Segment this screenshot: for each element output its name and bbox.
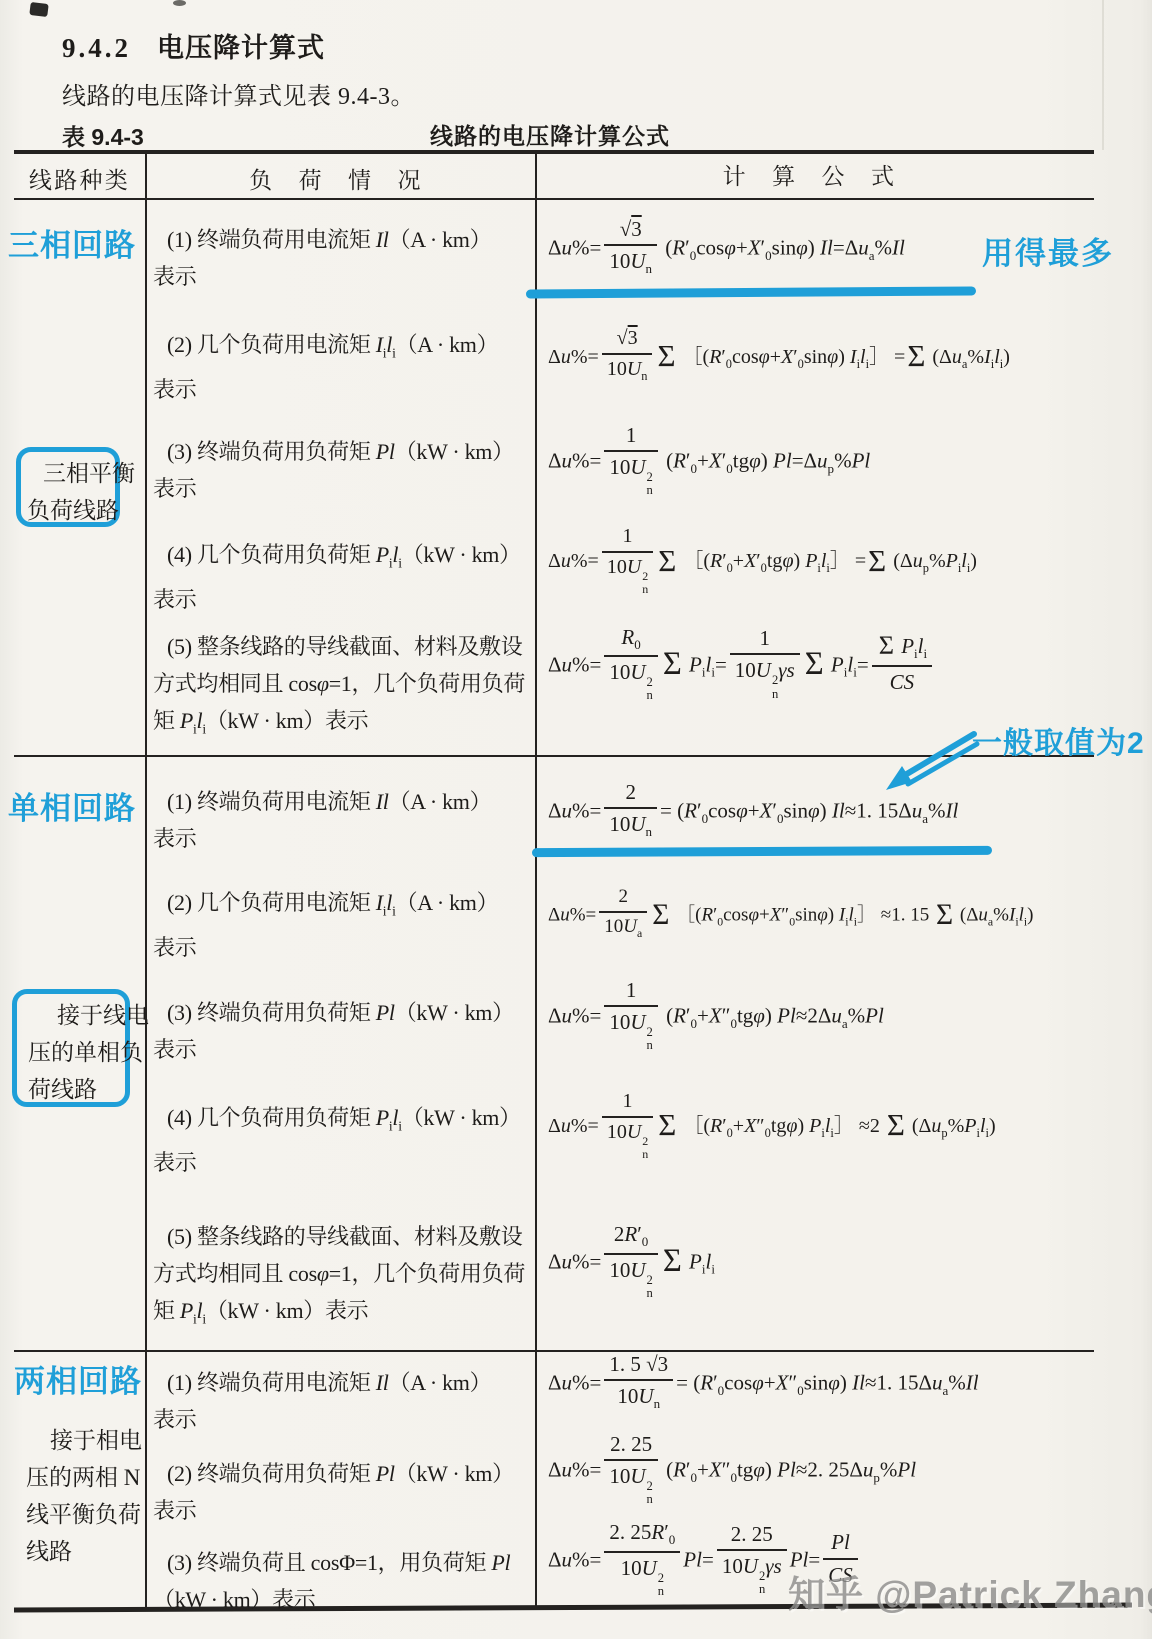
side-note-text: 接于相电压的两相 N线平衡负荷线路 xyxy=(26,1422,142,1570)
section-heading: 9.4.2电压降计算式 xyxy=(62,26,325,65)
circuit-type-label: 单相回路 xyxy=(8,783,136,828)
load-case-row: (3) 终端负荷用负荷矩 Pl（kW · km）表示Δu%=110U2n (R′… xyxy=(145,965,1152,1070)
side-note-line: 线平衡负荷 xyxy=(26,1496,142,1533)
load-case-description: (5) 整条线路的导线截面、材料及敷设方式均相同且 cosφ=1，几个负荷用负荷… xyxy=(145,617,535,755)
formula-expression: Δu%=2. 2510U2n (R′0+X″0tgφ) Pl≈2. 25Δup%… xyxy=(548,1434,916,1510)
load-case-description: (1) 终端负荷用电流矩 Il（A · km）表示 xyxy=(145,200,535,305)
table-rule-top xyxy=(14,150,1094,154)
load-case-row: (4) 几个负荷用负荷矩 Pili（kW · km）表示Δu%=110U2nΣ … xyxy=(145,517,1152,617)
side-note-line: 接于相电 xyxy=(50,1422,142,1459)
side-note-line: 三相平衡 xyxy=(43,455,115,492)
annotation-most-used: 用得最多 xyxy=(982,228,1114,273)
calculation-formula: Δu%=2R′010U2nΣ Pili xyxy=(535,1185,1152,1350)
load-case-description: (1) 终端负荷用电流矩 Il（A · km）表示 xyxy=(145,1350,535,1443)
load-case-row: (1) 终端负荷用电流矩 Il（A · km）表示Δu%=1. 5 √310Un… xyxy=(145,1350,1152,1443)
circuit-type-label: 两相回路 xyxy=(14,1356,142,1401)
load-case-description: (3) 终端负荷且 cosΦ=1，用负荷矩 Pl（kW · km）表示 xyxy=(145,1530,535,1607)
annotation-arrow-icon xyxy=(878,728,982,798)
scan-scratch xyxy=(1102,0,1104,150)
calculation-formula: Δu%=210UaΣ ［(R′0cosφ+X″0sinφ) Iili］ ≈1. … xyxy=(535,868,1152,965)
watermark: 知乎 @Patrick Zhang xyxy=(788,1564,1152,1618)
load-case-description: (3) 终端负荷用负荷矩 Pl（kW · km）表示 xyxy=(145,412,535,517)
load-case-rows: (1) 终端负荷用电流矩 Il（A · km）表示Δu%=210Un= (R′0… xyxy=(145,757,1152,1350)
table-group: 三相回路三相平衡负荷线路(1) 终端负荷用电流矩 Il（A · km）表示Δu%… xyxy=(0,200,1152,755)
calculation-formula: Δu%=110U2nΣ ［(R′0+X″0tgφ) Pili］ ≈2 Σ (Δu… xyxy=(535,1070,1152,1185)
section-title: 电压降计算式 xyxy=(157,33,325,63)
load-case-row: (3) 终端负荷用负荷矩 Pl（kW · km）表示Δu%=110U2n (R′… xyxy=(145,412,1152,517)
side-note-line: 压的两相 N xyxy=(26,1459,142,1496)
side-note-line: 荷线路 xyxy=(28,1071,125,1108)
calculation-formula: Δu%=√310UnΣ ［(R′0cosφ+X′0sinφ) Iili］ =Σ … xyxy=(535,305,1152,412)
formula-expression: Δu%=√310UnΣ ［(R′0cosφ+X′0sinφ) Iili］ =Σ … xyxy=(548,329,1010,388)
load-case-description: (3) 终端负荷用负荷矩 Pl（kW · km）表示 xyxy=(145,965,535,1070)
load-case-description: (2) 几个负荷用电流矩 Iili（A · km）表示 xyxy=(145,868,535,965)
side-note-line: 线路 xyxy=(26,1533,142,1570)
formula-expression: Δu%=110U2n (R′0+X′0tgφ) Pl=Δup%Pl xyxy=(548,425,870,501)
formula-expression: Δu%=R010U2nΣ Pili=110U2nγsΣ Pili=Σ PiliC… xyxy=(548,627,935,706)
calculation-formula: Δu%=110U2n (R′0+X′0tgφ) Pl=Δup%Pl xyxy=(535,412,1152,517)
load-case-row: (4) 几个负荷用负荷矩 Pili（kW · km）表示Δu%=110U2nΣ … xyxy=(145,1070,1152,1185)
load-case-description: (2) 终端负荷用负荷矩 Pl（kW · km）表示 xyxy=(145,1443,535,1530)
calculation-formula: Δu%=1. 5 √310Un= (R′0cosφ+X″0sinφ) Il≈1.… xyxy=(535,1350,1152,1443)
formula-expression: Δu%=1. 5 √310Un= (R′0cosφ+X″0sinφ) Il≈1.… xyxy=(548,1354,979,1416)
calculation-formula: Δu%=110U2nΣ ［(R′0+X′0tgφ) Pili］ =Σ (Δup%… xyxy=(535,517,1152,617)
column-header-circuit-type: 线路种类 xyxy=(14,162,145,195)
load-case-rows: (1) 终端负荷用电流矩 Il（A · km）表示Δu%=√310Un (R′0… xyxy=(145,200,1152,755)
formula-expression: Δu%=110U2n (R′0+X″0tgφ) Pl≈2Δua%Pl xyxy=(548,980,884,1056)
formula-expression: Δu%=√310Un (R′0cosφ+X′0sinφ) Il=Δua%Il xyxy=(548,219,905,281)
scanned-book-page: 9.4.2电压降计算式 线路的电压降计算式见表 9.4-3。 表 9.4-3 线… xyxy=(0,0,1152,1639)
column-header-formula: 计 算 公 式 xyxy=(535,158,1092,191)
calculation-formula: Δu%=110U2n (R′0+X″0tgφ) Pl≈2Δua%Pl xyxy=(535,965,1152,1070)
circuit-type-cell: 两相回路接于相电压的两相 N线平衡负荷线路 xyxy=(0,1350,145,1607)
load-case-row: (2) 几个负荷用电流矩 Iili（A · km）表示Δu%=210UaΣ ［(… xyxy=(145,868,1152,965)
formula-expression: Δu%=110U2nΣ ［(R′0+X′0tgφ) Pili］ =Σ (Δup%… xyxy=(548,527,977,598)
load-case-description: (5) 整条线路的导线截面、材料及敷设方式均相同且 cosφ=1，几个负荷用负荷… xyxy=(145,1185,535,1350)
side-note-box: 接于线电压的单相负荷线路 xyxy=(12,989,130,1107)
formula-expression: Δu%=210UaΣ ［(R′0cosφ+X″0sinφ) Iili］ ≈1. … xyxy=(548,888,1033,944)
side-note-line: 接于线电 xyxy=(57,997,125,1034)
formula-expression: Δu%=2R′010U2nΣ Pili xyxy=(548,1224,715,1303)
calculation-formula: Δu%=2. 2510U2n (R′0+X″0tgφ) Pl≈2. 25Δup%… xyxy=(535,1443,1152,1530)
intro-paragraph: 线路的电压降计算式见表 9.4-3。 xyxy=(62,76,415,111)
load-case-description: (2) 几个负荷用电流矩 Iili（A · km）表示 xyxy=(145,305,535,412)
scan-speck xyxy=(173,0,186,6)
formula-expression: Δu%=110U2nΣ ［(R′0+X″0tgφ) Pili］ ≈2 Σ (Δu… xyxy=(548,1092,996,1163)
load-case-row: (5) 整条线路的导线截面、材料及敷设方式均相同且 cosφ=1，几个负荷用负荷… xyxy=(145,1185,1152,1350)
load-case-description: (4) 几个负荷用负荷矩 Pili（kW · km）表示 xyxy=(145,517,535,617)
side-note-line: 压的单相负 xyxy=(28,1034,125,1071)
circuit-type-label: 三相回路 xyxy=(8,220,136,265)
table-title: 线路的电压降计算公式 xyxy=(0,118,1100,151)
section-number: 9.4.2 xyxy=(62,33,131,63)
load-case-description: (4) 几个负荷用负荷矩 Pili（kW · km）表示 xyxy=(145,1070,535,1185)
column-header-load-condition: 负 荷 情 况 xyxy=(145,162,535,195)
scan-speck xyxy=(29,2,48,17)
side-note-line: 负荷线路 xyxy=(27,492,115,529)
load-case-description: (1) 终端负荷用电流矩 Il（A · km）表示 xyxy=(145,757,535,868)
circuit-type-cell: 三相回路三相平衡负荷线路 xyxy=(0,200,145,755)
circuit-type-cell: 单相回路接于线电压的单相负荷线路 xyxy=(0,757,145,1350)
load-case-row: (2) 几个负荷用电流矩 Iili（A · km）表示Δu%=√310UnΣ ［… xyxy=(145,305,1152,412)
side-note-box: 三相平衡负荷线路 xyxy=(16,447,120,527)
annotation-typical-value: 一般取值为2 xyxy=(972,718,1145,762)
load-case-row: (2) 终端负荷用负荷矩 Pl（kW · km）表示Δu%=2. 2510U2n… xyxy=(145,1443,1152,1530)
